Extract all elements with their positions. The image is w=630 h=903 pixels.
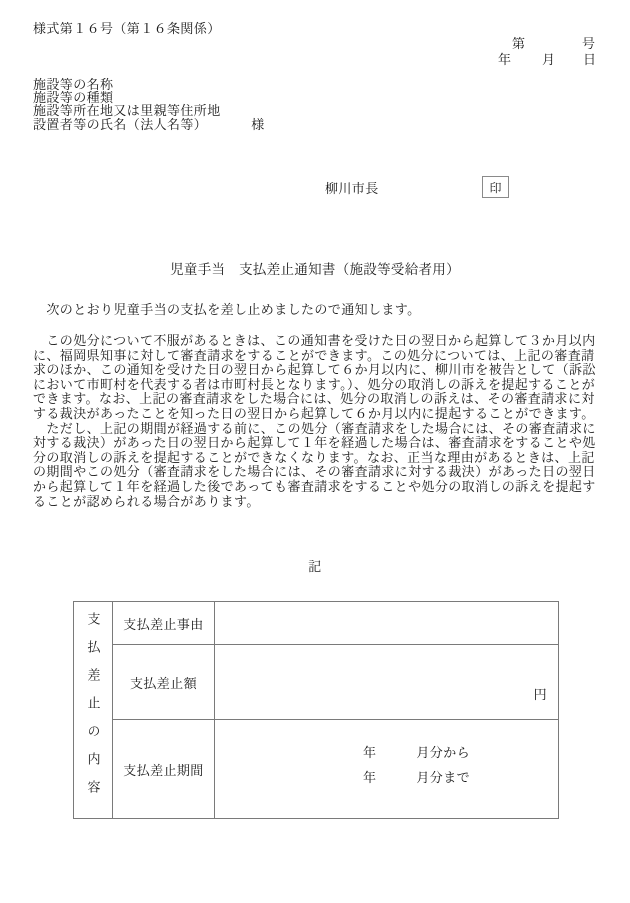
date-year-label: 年 xyxy=(498,49,511,68)
document-page: 様式第１６号（第１６条関係） 第 号 年 月 日 施設等の名称 施設等の種類 施… xyxy=(0,0,630,903)
founder-name-label: 設置者等の氏名（法人名等） xyxy=(33,117,207,132)
period-to-line: 年月分まで xyxy=(363,771,558,784)
period-to-suffix: 月分まで xyxy=(416,771,470,784)
appeal-notice-body: この処分について不服があるときは、この通知書を受けた日の翌日から起算して３か月以… xyxy=(33,334,606,509)
seal-character: 印 xyxy=(489,179,501,196)
table-side-header-label: 支払差止の内容 xyxy=(74,612,113,808)
form-number: 様式第１６号（第１６条関係） xyxy=(33,18,221,37)
row-label-period: 支払差止期間 xyxy=(113,720,215,818)
date-month-label: 月 xyxy=(542,49,555,68)
body-paragraph-2: ただし、上記の期間が経過する前に、この処分（審査請求をした場合には、その審査請求… xyxy=(33,422,606,510)
ki-heading: 記 xyxy=(0,556,630,575)
founder-name-line: 設置者等の氏名（法人名等）様 xyxy=(33,118,265,131)
body-paragraph-1: この処分について不服があるときは、この通知書を受けた日の翌日から起算して３か月以… xyxy=(33,334,606,422)
period-to-year-label: 年 xyxy=(363,770,376,785)
period-from-year-label: 年 xyxy=(363,745,376,760)
seal-placeholder-box: 印 xyxy=(482,176,509,198)
period-value-cell: 年月分から 年月分まで xyxy=(215,720,558,818)
recipient-block: 施設等の名称 施設等の種類 施設等所在地又は里親等住所地 設置者等の氏名（法人名… xyxy=(33,78,265,131)
suspension-details-table: 支払差止の内容 支払差止事由 支払差止額 円 支払差止期間 年月分から 年月分ま… xyxy=(73,601,559,819)
amount-value-cell: 円 xyxy=(215,645,558,720)
period-from-suffix: 月分から xyxy=(416,746,470,759)
sender-mayor-label: 柳川市長 xyxy=(325,178,379,197)
date-day-label: 日 xyxy=(583,49,596,68)
doc-number-prefix: 第 xyxy=(512,33,525,52)
reason-value-cell xyxy=(215,602,558,645)
document-title: 児童手当 支払差止通知書（施設等受給者用） xyxy=(0,258,630,278)
honorific-sama: 様 xyxy=(251,118,264,131)
intro-sentence: 次のとおり児童手当の支払を差し止めましたので通知します。 xyxy=(33,299,421,318)
row-label-reason: 支払差止事由 xyxy=(113,602,215,645)
amount-unit-yen: 円 xyxy=(534,684,547,703)
table-side-header-cell: 支払差止の内容 xyxy=(74,602,113,818)
row-label-amount: 支払差止額 xyxy=(113,645,215,720)
period-from-line: 年月分から xyxy=(363,746,558,759)
